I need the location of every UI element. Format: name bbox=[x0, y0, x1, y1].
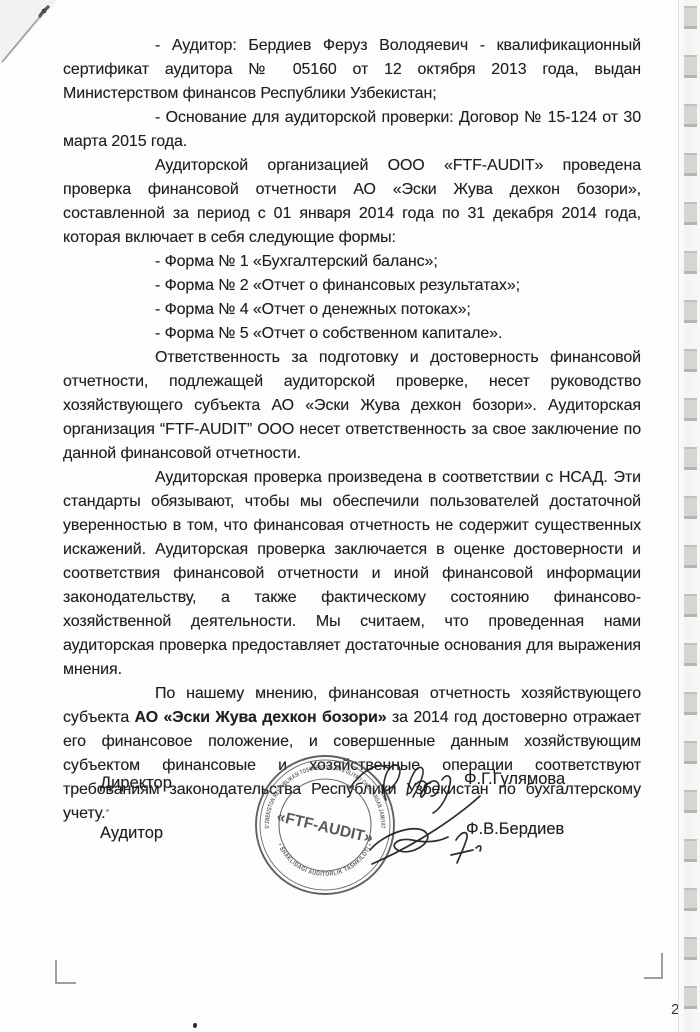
crop-mark-bottom-left bbox=[55, 960, 76, 984]
pen-scratch-mark bbox=[0, 0, 60, 70]
director-label: Директор bbox=[100, 774, 172, 793]
form-item-3: - Форма № 4 «Отчет о денежных потоках»; bbox=[63, 298, 641, 322]
director-signature bbox=[350, 765, 450, 813]
crop-mark-bottom-right bbox=[644, 953, 663, 979]
auditor-label: Аудитор bbox=[100, 824, 163, 843]
form-item-1: - Форма № 1 «Бухгалтерский баланс»; bbox=[63, 250, 641, 274]
handwritten-signatures bbox=[330, 750, 525, 880]
company-name-bold: АО «Эски Жува дехкон бозори» bbox=[135, 709, 387, 726]
binding-edge bbox=[678, 0, 700, 1032]
auditor-signature bbox=[370, 796, 481, 864]
ink-speck-small bbox=[106, 809, 109, 812]
paragraph-standards: Аудиторская проверка произведена в соотв… bbox=[63, 466, 641, 682]
document-body: - Аудитор: Бердиев Феруз Володяевич - кв… bbox=[63, 34, 641, 826]
ink-speck-bottom bbox=[193, 1023, 197, 1028]
signature-block: Директор Аудитор Ф.Г.Гулямова Ф.В.Бердие… bbox=[0, 752, 700, 932]
form-item-2: - Форма № 2 «Отчет о финансовых результа… bbox=[63, 274, 641, 298]
form-item-4: - Форма № 5 «Отчет о собственном капитал… bbox=[63, 322, 641, 346]
binding-edge-dashes bbox=[684, 6, 697, 1026]
paragraph-auditor: - Аудитор: Бердиев Феруз Володяевич - кв… bbox=[63, 34, 641, 106]
paragraph-organization: Аудиторской организацией ООО «FTF-AUDIT»… bbox=[63, 154, 641, 250]
paragraph-responsibility: Ответственность за подготовку и достовер… bbox=[63, 346, 641, 466]
paragraph-basis: - Основание для аудиторской проверки: До… bbox=[63, 106, 641, 154]
scanned-page: - Аудитор: Бердиев Феруз Володяевич - кв… bbox=[0, 0, 700, 1032]
